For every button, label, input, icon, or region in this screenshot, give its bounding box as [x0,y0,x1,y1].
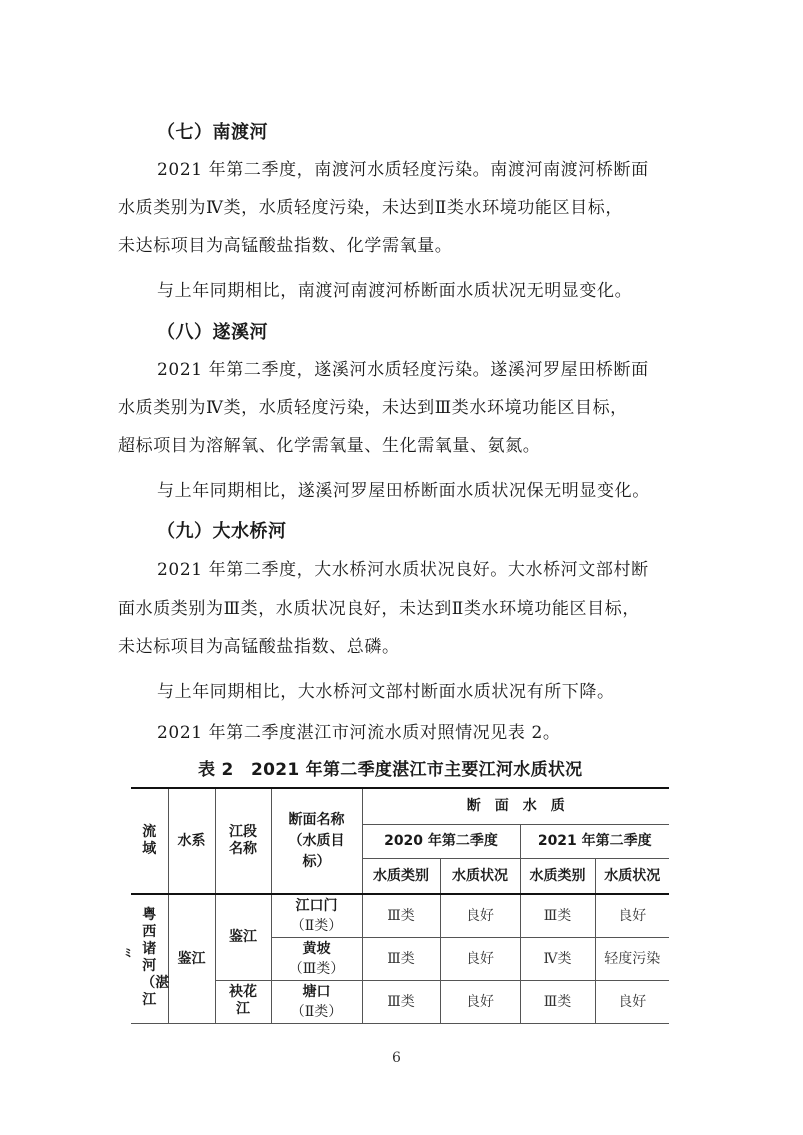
cell-status-2020: 良好 [440,980,520,1023]
cell-class-2021: Ⅲ类 [520,980,595,1023]
cell-status-2021: 良好 [595,894,669,937]
page-number: 6 [392,1050,401,1066]
header-section-name: 断面名称（水质目标） [271,788,362,894]
cell-class-2020: Ⅲ类 [362,937,440,980]
paragraph-line: 2021 年第二季度，遂溪河水质轻度污染。遂溪河罗屋田桥断面 [157,355,649,380]
paragraph-line: 与上年同期相比，遂溪河罗屋田桥断面水质状况保无明显变化。 [157,476,650,501]
cell-status-2021: 轻度污染 [595,937,669,980]
header-class-2021: 水质类别 [520,858,595,894]
paragraph-line: 水质类别为Ⅳ类，水质轻度污染，未达到Ⅲ类水环境功能区目标， [118,393,628,418]
paragraph-line: 与上年同期相比，大水桥河文部村断面水质状况有所下降。 [157,677,615,702]
paragraph-line: 面水质类别为Ⅲ类，水质状况良好，未达到Ⅱ类水环境功能区目标， [118,594,640,619]
table-row: 粤西诸河（湛江 ﾐ 鉴江 鉴江 江口门（Ⅱ类） Ⅲ类 良好 Ⅲ类 良好 [131,894,669,937]
paragraph-line: 2021 年第二季度，大水桥河水质状况良好。大水桥河文部村断 [157,555,649,580]
cell-status-2020: 良好 [440,937,520,980]
cell-segment: 鉴江 [215,894,271,980]
header-section-quality: 断 面 水 质 [362,788,669,824]
cell-section: 塘口（Ⅱ类） [271,980,362,1023]
basin-marker: ﾐ [125,943,131,963]
paragraph-line: 超标项目为溶解氧、化学需氧量、生化需氧量、氨氮。 [118,431,540,456]
water-quality-table: 流域 水系 江段名称 断面名称（水质目标） 断 面 水 质 2020 年第二季度… [131,787,669,1024]
header-water-system: 水系 [168,788,215,894]
section-heading-suixi-river: （八）遂溪河 [157,318,268,344]
paragraph-line: 水质类别为Ⅳ类，水质轻度污染，未达到Ⅱ类水环境功能区目标， [118,193,623,218]
cell-status-2021: 良好 [595,980,669,1023]
document-page: （七）南渡河 2021 年第二季度，南渡河水质轻度污染。南渡河南渡河桥断面 水质… [0,0,803,1135]
cell-basin: 粤西诸河（湛江 ﾐ [131,894,168,1023]
paragraph-line: 2021 年第二季度，南渡河水质轻度污染。南渡河南渡河桥断面 [157,155,649,180]
cell-section: 江口门（Ⅱ类） [271,894,362,937]
header-status-2020: 水质状况 [440,858,520,894]
cell-class-2020: Ⅲ类 [362,894,440,937]
cell-class-2021: Ⅲ类 [520,894,595,937]
cell-water-system: 鉴江 [168,894,215,1023]
section-heading-nandu-river: （七）南渡河 [157,118,268,144]
header-basin: 流域 [131,788,168,894]
cell-segment: 袂花江 [215,980,271,1023]
table-caption: 表 2 2021 年第二季度湛江市主要江河水质状况 [198,755,582,780]
paragraph-line: 未达标项目为高锰酸盐指数、化学需氧量。 [118,231,452,256]
paragraph-line: 2021 年第二季度湛江市河流水质对照情况见表 2。 [157,718,561,743]
section-heading-dashuiqiao-river: （九）大水桥河 [157,517,287,543]
cell-status-2020: 良好 [440,894,520,937]
header-segment-name: 江段名称 [215,788,271,894]
header-class-2020: 水质类别 [362,858,440,894]
cell-class-2020: Ⅲ类 [362,980,440,1023]
cell-class-2021: Ⅳ类 [520,937,595,980]
header-status-2021: 水质状况 [595,858,669,894]
cell-section: 黄坡（Ⅲ类） [271,937,362,980]
header-period-2021: 2021 年第二季度 [520,824,669,858]
paragraph-line: 未达标项目为高锰酸盐指数、总磷。 [118,632,400,657]
header-period-2020: 2020 年第二季度 [362,824,520,858]
paragraph-line: 与上年同期相比，南渡河南渡河桥断面水质状况无明显变化。 [157,276,632,301]
